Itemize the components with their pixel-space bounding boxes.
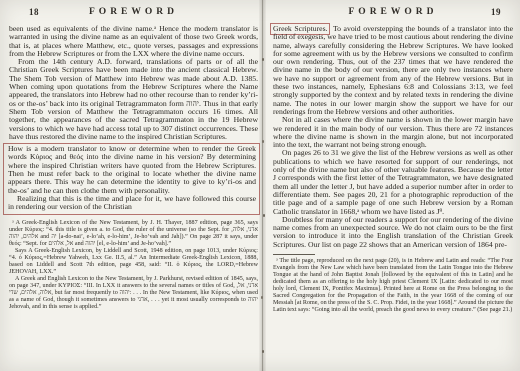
page-gutter-shadow bbox=[259, 0, 266, 371]
page-number: 18 bbox=[29, 7, 39, 17]
footnote-rule bbox=[273, 254, 315, 255]
page-18: 18 FOREWORD been used as equivalents of … bbox=[9, 7, 258, 311]
paragraph: Doubtless for many of our readers a supp… bbox=[273, 216, 513, 249]
gutter-line bbox=[262, 0, 263, 371]
running-title: FOREWORD bbox=[349, 7, 438, 17]
paragraph: Not in all cases where the divine name i… bbox=[273, 116, 513, 149]
paragraph: How is a modern translator to know or de… bbox=[8, 145, 256, 195]
footnotes-page-18: ᵃ A Greek-English Lexicon of the New Tes… bbox=[9, 220, 258, 311]
footnote: Says A Greek-English Lexicon, by Liddell… bbox=[9, 248, 258, 276]
page-19-header: FOREWORD 19 bbox=[273, 7, 513, 17]
paragraph: Realizing that this is the time and plac… bbox=[8, 195, 256, 212]
running-title: FOREWORD bbox=[89, 7, 178, 17]
footnotes-page-19: ᵃ The title page, reproduced on the next… bbox=[273, 254, 513, 314]
red-annotation-box: How is a modern translator to know or de… bbox=[3, 143, 260, 214]
page-19: FOREWORD 19 Greek Scriptures. To avoid o… bbox=[273, 7, 513, 314]
footnote: A Greek and English Lexicon to the New T… bbox=[9, 276, 258, 311]
scan-artifacts bbox=[262, 58, 264, 61]
scanned-book-spread: { "annotation_box_color": "#b5736e", "le… bbox=[0, 0, 520, 371]
footnote: ᵃ The title page, reproduced on the next… bbox=[273, 258, 513, 314]
page-number: 19 bbox=[491, 7, 501, 17]
paragraph: Greek Scriptures. To avoid overstepping … bbox=[273, 25, 513, 116]
page-18-header: 18 FOREWORD bbox=[9, 7, 258, 17]
footnote: ᵃ A Greek-English Lexicon of the New Tes… bbox=[9, 220, 258, 248]
paragraph: On pages 26 to 31 we give the list of th… bbox=[273, 149, 513, 215]
paragraph-continuation: To avoid overstepping the bounds of a tr… bbox=[273, 24, 513, 116]
paragraph: From the 14th century A.D. forward, tran… bbox=[9, 58, 258, 141]
paragraph: been used as equivalents of the divine n… bbox=[9, 25, 258, 58]
